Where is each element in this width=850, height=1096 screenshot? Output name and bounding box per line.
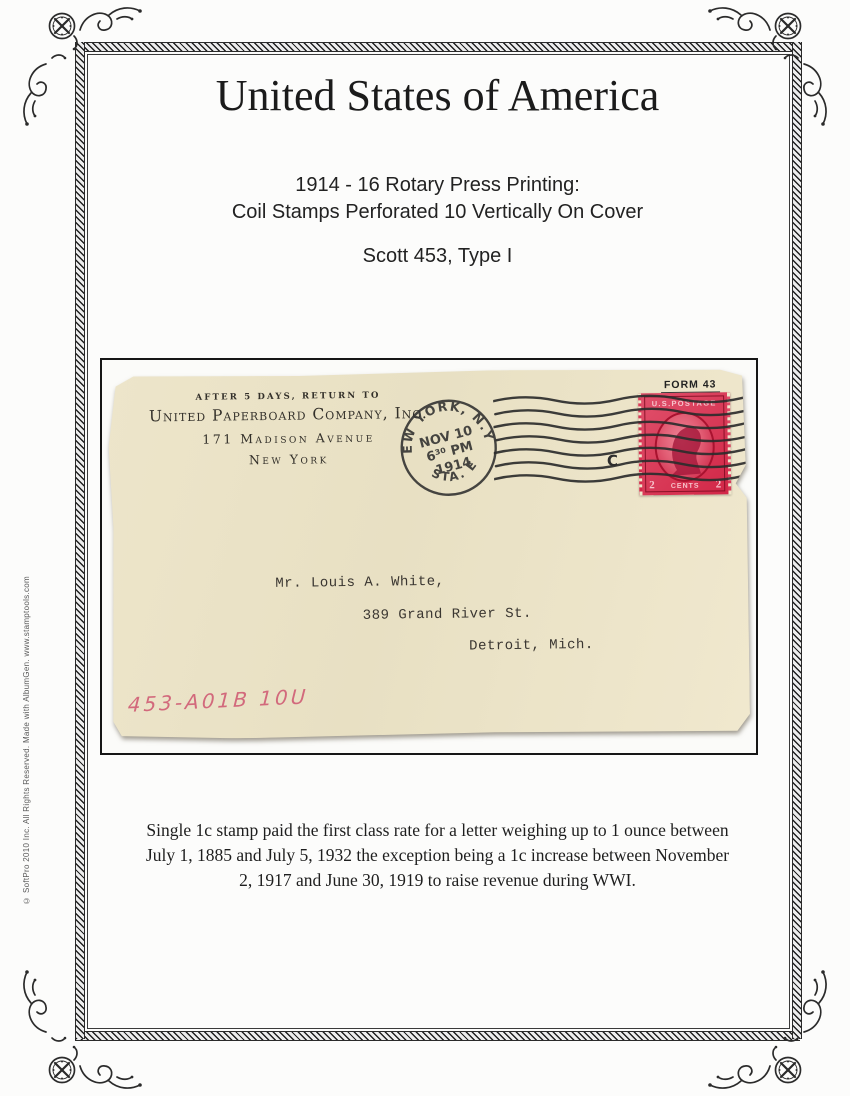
- page-title: United States of America: [75, 70, 800, 121]
- caption-line-2: July 1, 1885 and July 5, 1932 the except…: [75, 843, 800, 868]
- page-subtitle: 1914 - 16 Rotary Press Printing: Coil St…: [75, 172, 800, 226]
- address-line-2: 389 Grand River St.: [363, 606, 532, 624]
- caption-line-3: 2, 1917 and June 30, 1919 to raise reven…: [75, 868, 800, 893]
- corner-ornament-bottom-right: [706, 964, 836, 1094]
- handwritten-catalog-note: 453-A01B 10U: [127, 684, 309, 717]
- cancellation-waves: [493, 392, 749, 500]
- address-line-3: Detroit, Mich.: [469, 637, 594, 655]
- caption: Single 1c stamp paid the first class rat…: [75, 818, 800, 893]
- form-number: FORM 43: [661, 378, 720, 393]
- album-page: United States of America 1914 - 16 Rotar…: [0, 0, 850, 1096]
- address-line-1: Mr. Louis A. White,: [275, 574, 444, 592]
- software-credit: © SoftPro 2010 Inc. All Rights Reserved.…: [22, 580, 31, 900]
- return-address-line-4: New York: [149, 450, 429, 468]
- cover-photo: AFTER 5 DAYS, RETURN TO United Paperboar…: [100, 358, 758, 755]
- subtitle-line-2: Coil Stamps Perforated 10 Vertically On …: [75, 199, 800, 226]
- envelope: AFTER 5 DAYS, RETURN TO United Paperboar…: [108, 366, 750, 740]
- scott-catalog-line: Scott 453, Type I: [75, 245, 800, 268]
- cancel-station-letter: C: [607, 452, 618, 470]
- corner-ornament-bottom-left: [14, 964, 144, 1094]
- border-band-top: [75, 42, 800, 52]
- border-band-bottom: [75, 1031, 800, 1041]
- caption-line-1: Single 1c stamp paid the first class rat…: [75, 818, 800, 843]
- subtitle-line-1: 1914 - 16 Rotary Press Printing:: [75, 172, 800, 199]
- software-credit-text: © SoftPro 2010 Inc. All Rights Reserved.…: [22, 576, 31, 905]
